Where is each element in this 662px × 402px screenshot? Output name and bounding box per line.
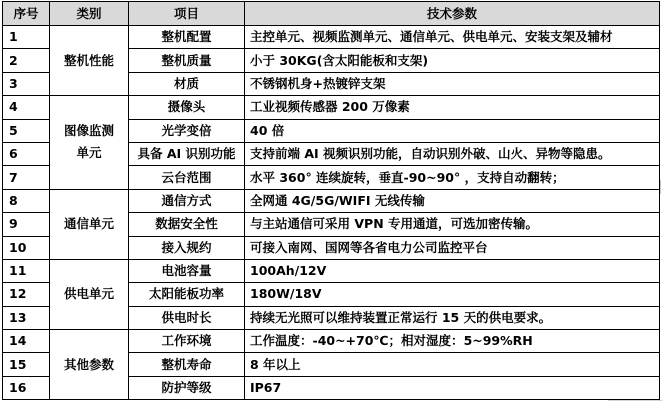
table-row: 4 图像监测单元 摄像头 工业视频传感器 200 万像素 (3, 96, 660, 119)
item-cell: 太阳能板功率 (129, 283, 245, 306)
item-cell: 具备 AI 识别功能 (129, 142, 245, 165)
row-number: 4 (3, 96, 50, 119)
row-number: 16 (3, 376, 50, 399)
row-number: 15 (3, 353, 50, 376)
table-row: 1 整机性能 整机配置 主控单元、视频监测单元、通信单元、供电单元、安装支架及辅… (3, 26, 660, 49)
item-cell: 整机配置 (129, 26, 245, 49)
header-item: 项目 (129, 2, 245, 26)
item-cell: 摄像头 (129, 96, 245, 119)
item-cell: 电池容量 (129, 259, 245, 282)
row-number: 6 (3, 142, 50, 165)
header-category: 类别 (50, 2, 129, 26)
item-cell: 防护等级 (129, 376, 245, 399)
table-row: 8 通信单元 通信方式 全网通 4G/5G/WIFI 无线传输 (3, 189, 660, 212)
spec-cell: 全网通 4G/5G/WIFI 无线传输 (245, 189, 660, 212)
row-number: 7 (3, 166, 50, 189)
table-row: 14 其他参数 工作环境 工作温度：-40~+70℃；相对湿度：5~99%RH (3, 330, 660, 353)
spec-cell: 可接入南网、国网等各省电力公司监控平台 (245, 236, 660, 259)
spec-cell: 支持前端 AI 视频识别功能，自动识别外破、山火、异物等隐患。 (245, 142, 660, 165)
page-edge-mark (660, 180, 661, 194)
spec-cell: 100Ah/12V (245, 259, 660, 282)
spec-cell: 持续无光照可以维持装置正常运行 15 天的供电要求。 (245, 306, 660, 329)
page-edge-mark (608, 400, 662, 401)
spec-cell: 与主站通信可采用 VPN 专用通道，可选加密传输。 (245, 213, 660, 236)
row-number: 5 (3, 119, 50, 142)
spec-cell: 40 倍 (245, 119, 660, 142)
category-cell: 通信单元 (50, 189, 129, 259)
item-cell: 接入规约 (129, 236, 245, 259)
spec-table: 序号 类别 项目 技术参数 1 整机性能 整机配置 主控单元、视频监测单元、通信… (2, 1, 660, 400)
row-number: 3 (3, 72, 50, 95)
item-cell: 材质 (129, 72, 245, 95)
item-cell: 整机质量 (129, 49, 245, 72)
item-cell: 数据安全性 (129, 213, 245, 236)
category-cell: 其他参数 (50, 330, 129, 400)
header-spec: 技术参数 (245, 2, 660, 26)
row-number: 12 (3, 283, 50, 306)
row-number: 13 (3, 306, 50, 329)
category-cell: 供电单元 (50, 259, 129, 329)
row-number: 8 (3, 189, 50, 212)
spec-cell: 8 年以上 (245, 353, 660, 376)
spec-cell: 180W/18V (245, 283, 660, 306)
spec-cell: 主控单元、视频监测单元、通信单元、供电单元、安装支架及辅材 (245, 26, 660, 49)
spec-cell: IP67 (245, 376, 660, 399)
row-number: 14 (3, 330, 50, 353)
table-row: 11 供电单元 电池容量 100Ah/12V (3, 259, 660, 282)
row-number: 10 (3, 236, 50, 259)
spec-cell: 工业视频传感器 200 万像素 (245, 96, 660, 119)
item-cell: 供电时长 (129, 306, 245, 329)
spec-cell: 不锈钢机身+热镀锌支架 (245, 72, 660, 95)
row-number: 2 (3, 49, 50, 72)
item-cell: 光学变倍 (129, 119, 245, 142)
spec-cell: 小于 30KG(含太阳能板和支架) (245, 49, 660, 72)
row-number: 11 (3, 259, 50, 282)
header-row: 序号 类别 项目 技术参数 (3, 2, 660, 26)
item-cell: 工作环境 (129, 330, 245, 353)
spec-cell: 工作温度：-40~+70℃；相对湿度：5~99%RH (245, 330, 660, 353)
row-number: 9 (3, 213, 50, 236)
row-number: 1 (3, 26, 50, 49)
item-cell: 通信方式 (129, 189, 245, 212)
header-no: 序号 (3, 2, 50, 26)
category-cell: 整机性能 (50, 26, 129, 96)
item-cell: 整机寿命 (129, 353, 245, 376)
spec-cell: 水平 360° 连续旋转，垂直-90~90° ，支持自动翻转； (245, 166, 660, 189)
category-cell: 图像监测单元 (50, 96, 129, 190)
item-cell: 云台范围 (129, 166, 245, 189)
